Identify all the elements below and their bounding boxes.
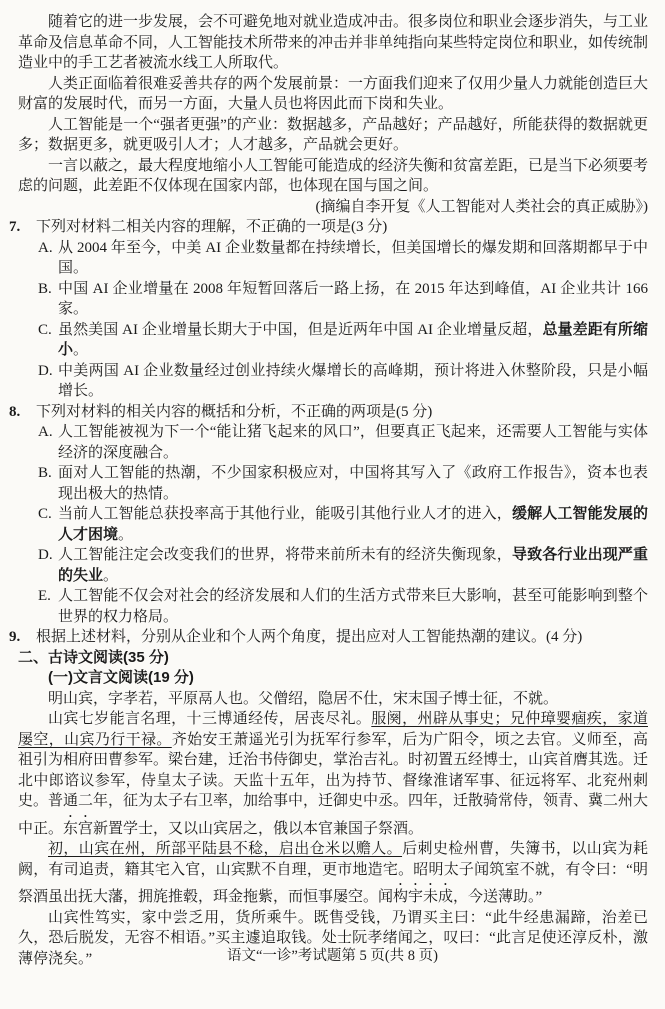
question-7-options: A. 从 2004 年至今，中美 AI 企业数量都在持续增长，但美国增长的爆发期… <box>38 238 648 402</box>
material-paragraph-1: 随着它的进一步发展，会不可避免地对就业造成冲击。很多岗位和职业会逐步消失，与工业… <box>18 12 648 74</box>
option-label: A. <box>38 422 58 463</box>
option-row: B. 中国 AI 企业增量在 2008 年短暂回落后一路上扬，在 2015 年达… <box>38 279 648 320</box>
option-text: 中国 AI 企业增量在 2008 年短暂回落后一路上扬，在 2015 年达到峰值… <box>58 279 648 320</box>
question-9-stem: 根据上述材料，分别从企业和个人两个角度，提出应对人工智能热潮的建议。(4 分) <box>36 627 648 648</box>
option-text: 从 2004 年至今，中美 AI 企业数量都在持续增长，但美国增长的爆发期和回落… <box>58 238 648 279</box>
question-7-number: 7. <box>9 217 36 238</box>
question-7-stem: 下列对材料二相关内容的理解，不正确的一项是(3 分) <box>36 217 648 238</box>
material-section: 随着它的进一步发展，会不可避免地对就业造成冲击。很多岗位和职业会逐步消失，与工业… <box>18 12 648 217</box>
section-2-heading: 二、古诗文阅读(35 分) <box>18 648 648 669</box>
option-text: 人工智能不仅会对社会的经济发展和人们的生活方式带来巨大影响，甚至可能影响到整个世… <box>58 586 648 627</box>
option-label: E. <box>38 586 58 627</box>
option-label: D. <box>38 545 58 586</box>
page-content: 随着它的进一步发展，会不可避免地对就业造成冲击。很多岗位和职业会逐步消失，与工业… <box>0 0 665 969</box>
section-2-subheading: (一)文言文阅读(19 分) <box>18 668 648 689</box>
option-row: D. 中美两国 AI 企业数量经过创业持续火爆增长的高峰期，预计将进入休整阶段，… <box>38 361 648 402</box>
question-9-number: 9. <box>9 627 36 648</box>
option-text: 当前人工智能总获投率高于其他行业，能吸引其他行业人才的进入，缓解人工智能发展的人… <box>58 504 648 545</box>
option-row: A. 人工智能被视为下一个“能让猪飞起来的风口”，但要真正飞起来，还需要人工智能… <box>38 422 648 463</box>
page-footer: 语文“一诊”考试题第 5 页(共 8 页) <box>0 944 665 965</box>
passage-paragraph-3: 初，山宾在州，所部平陆县不稔，启出仓米以赡人。后刺史检州曹，失簿书，以山宾为耗阙… <box>18 839 648 908</box>
question-7: 7. 下列对材料二相关内容的理解，不正确的一项是(3 分) A. 从 2004 … <box>18 217 648 402</box>
option-row: E. 人工智能不仅会对社会的经济发展和人们的生活方式带来巨大影响，甚至可能影响到… <box>38 586 648 627</box>
option-label: D. <box>38 361 58 402</box>
option-label: B. <box>38 463 58 504</box>
option-text: 人工智能注定会改变我们的世界，将带来前所未有的经济失衡现象，导致各行业出现严重的… <box>58 545 648 586</box>
option-text: 面对人工智能的热潮，不少国家积极应对，中国将其写入了《政府工作报告》，资本也表现… <box>58 463 648 504</box>
classical-passage: 明山宾，字孝若，平原鬲人也。父僧绍，隐居不仕，宋末国子博士征，不就。 山宾七岁能… <box>18 689 648 970</box>
question-8-number: 8. <box>9 402 36 423</box>
question-8-stem-row: 8. 下列对材料的相关内容的概括和分析，不正确的两项是(5 分) <box>9 402 648 423</box>
material-paragraph-3: 人工智能是一个“强者更强”的产业：数据越多，产品越好；产品越好，所能获得的数据就… <box>18 115 648 156</box>
material-attribution: (摘编自李开复《人工智能对人类社会的真正威胁》) <box>18 197 648 218</box>
option-row: A. 从 2004 年至今，中美 AI 企业数量都在持续增长，但美国增长的爆发期… <box>38 238 648 279</box>
option-row: D. 人工智能注定会改变我们的世界，将带来前所未有的经济失衡现象，导致各行业出现… <box>38 545 648 586</box>
option-row: C. 当前人工智能总获投率高于其他行业，能吸引其他行业人才的进入，缓解人工智能发… <box>38 504 648 545</box>
material-paragraph-4: 一言以蔽之，最大程度地缩小人工智能可能造成的经济失衡和贫富差距，已是当下必须要考… <box>18 156 648 197</box>
question-8-options: A. 人工智能被视为下一个“能让猪飞起来的风口”，但要真正飞起来，还需要人工智能… <box>38 422 648 627</box>
option-label: A. <box>38 238 58 279</box>
material-paragraph-2: 人类正面临着很难妥善共存的两个发展前景：一方面我们迎来了仅用少量人力就能创造巨大… <box>18 74 648 115</box>
question-8-stem: 下列对材料的相关内容的概括和分析，不正确的两项是(5 分) <box>36 402 648 423</box>
option-label: B. <box>38 279 58 320</box>
option-row: C. 虽然美国 AI 企业增量长期大于中国，但是近两年中国 AI 企业增量反超，… <box>38 320 648 361</box>
passage-paragraph-2: 山宾七岁能言名理，十三博通经传，居丧尽礼。服阕，州辟从事史；兄仲璋婴痼疾，家道屡… <box>18 709 648 839</box>
option-text: 虽然美国 AI 企业增量长期大于中国，但是近两年中国 AI 企业增量反超，总量差… <box>58 320 648 361</box>
question-9: 9. 根据上述材料，分别从企业和个人两个角度，提出应对人工智能热潮的建议。(4 … <box>9 627 648 648</box>
option-text: 中美两国 AI 企业数量经过创业持续火爆增长的高峰期，预计将进入休整阶段，只是小… <box>58 361 648 402</box>
exam-page: 随着它的进一步发展，会不可避免地对就业造成冲击。很多岗位和职业会逐步消失，与工业… <box>0 0 665 1009</box>
option-label: C. <box>38 320 58 361</box>
option-text: 人工智能被视为下一个“能让猪飞起来的风口”，但要真正飞起来，还需要人工智能与实体… <box>58 422 648 463</box>
option-row: B. 面对人工智能的热潮，不少国家积极应对，中国将其写入了《政府工作报告》，资本… <box>38 463 648 504</box>
question-7-stem-row: 7. 下列对材料二相关内容的理解，不正确的一项是(3 分) <box>9 217 648 238</box>
question-8: 8. 下列对材料的相关内容的概括和分析，不正确的两项是(5 分) A. 人工智能… <box>18 402 648 628</box>
passage-paragraph-1: 明山宾，字孝若，平原鬲人也。父僧绍，隐居不仕，宋末国子博士征，不就。 <box>18 689 648 710</box>
option-label: C. <box>38 504 58 545</box>
